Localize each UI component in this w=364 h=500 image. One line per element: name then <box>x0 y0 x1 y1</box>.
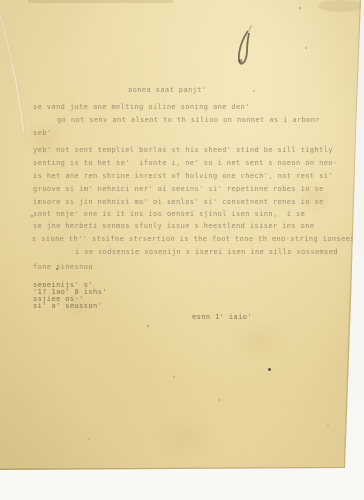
scanned-letter: aonea saat panjt' se vand jute ane melti… <box>0 0 364 500</box>
scan-vignette <box>0 0 364 500</box>
paper-sheet: aonea saat panjt' se vand jute ane melti… <box>0 0 364 500</box>
